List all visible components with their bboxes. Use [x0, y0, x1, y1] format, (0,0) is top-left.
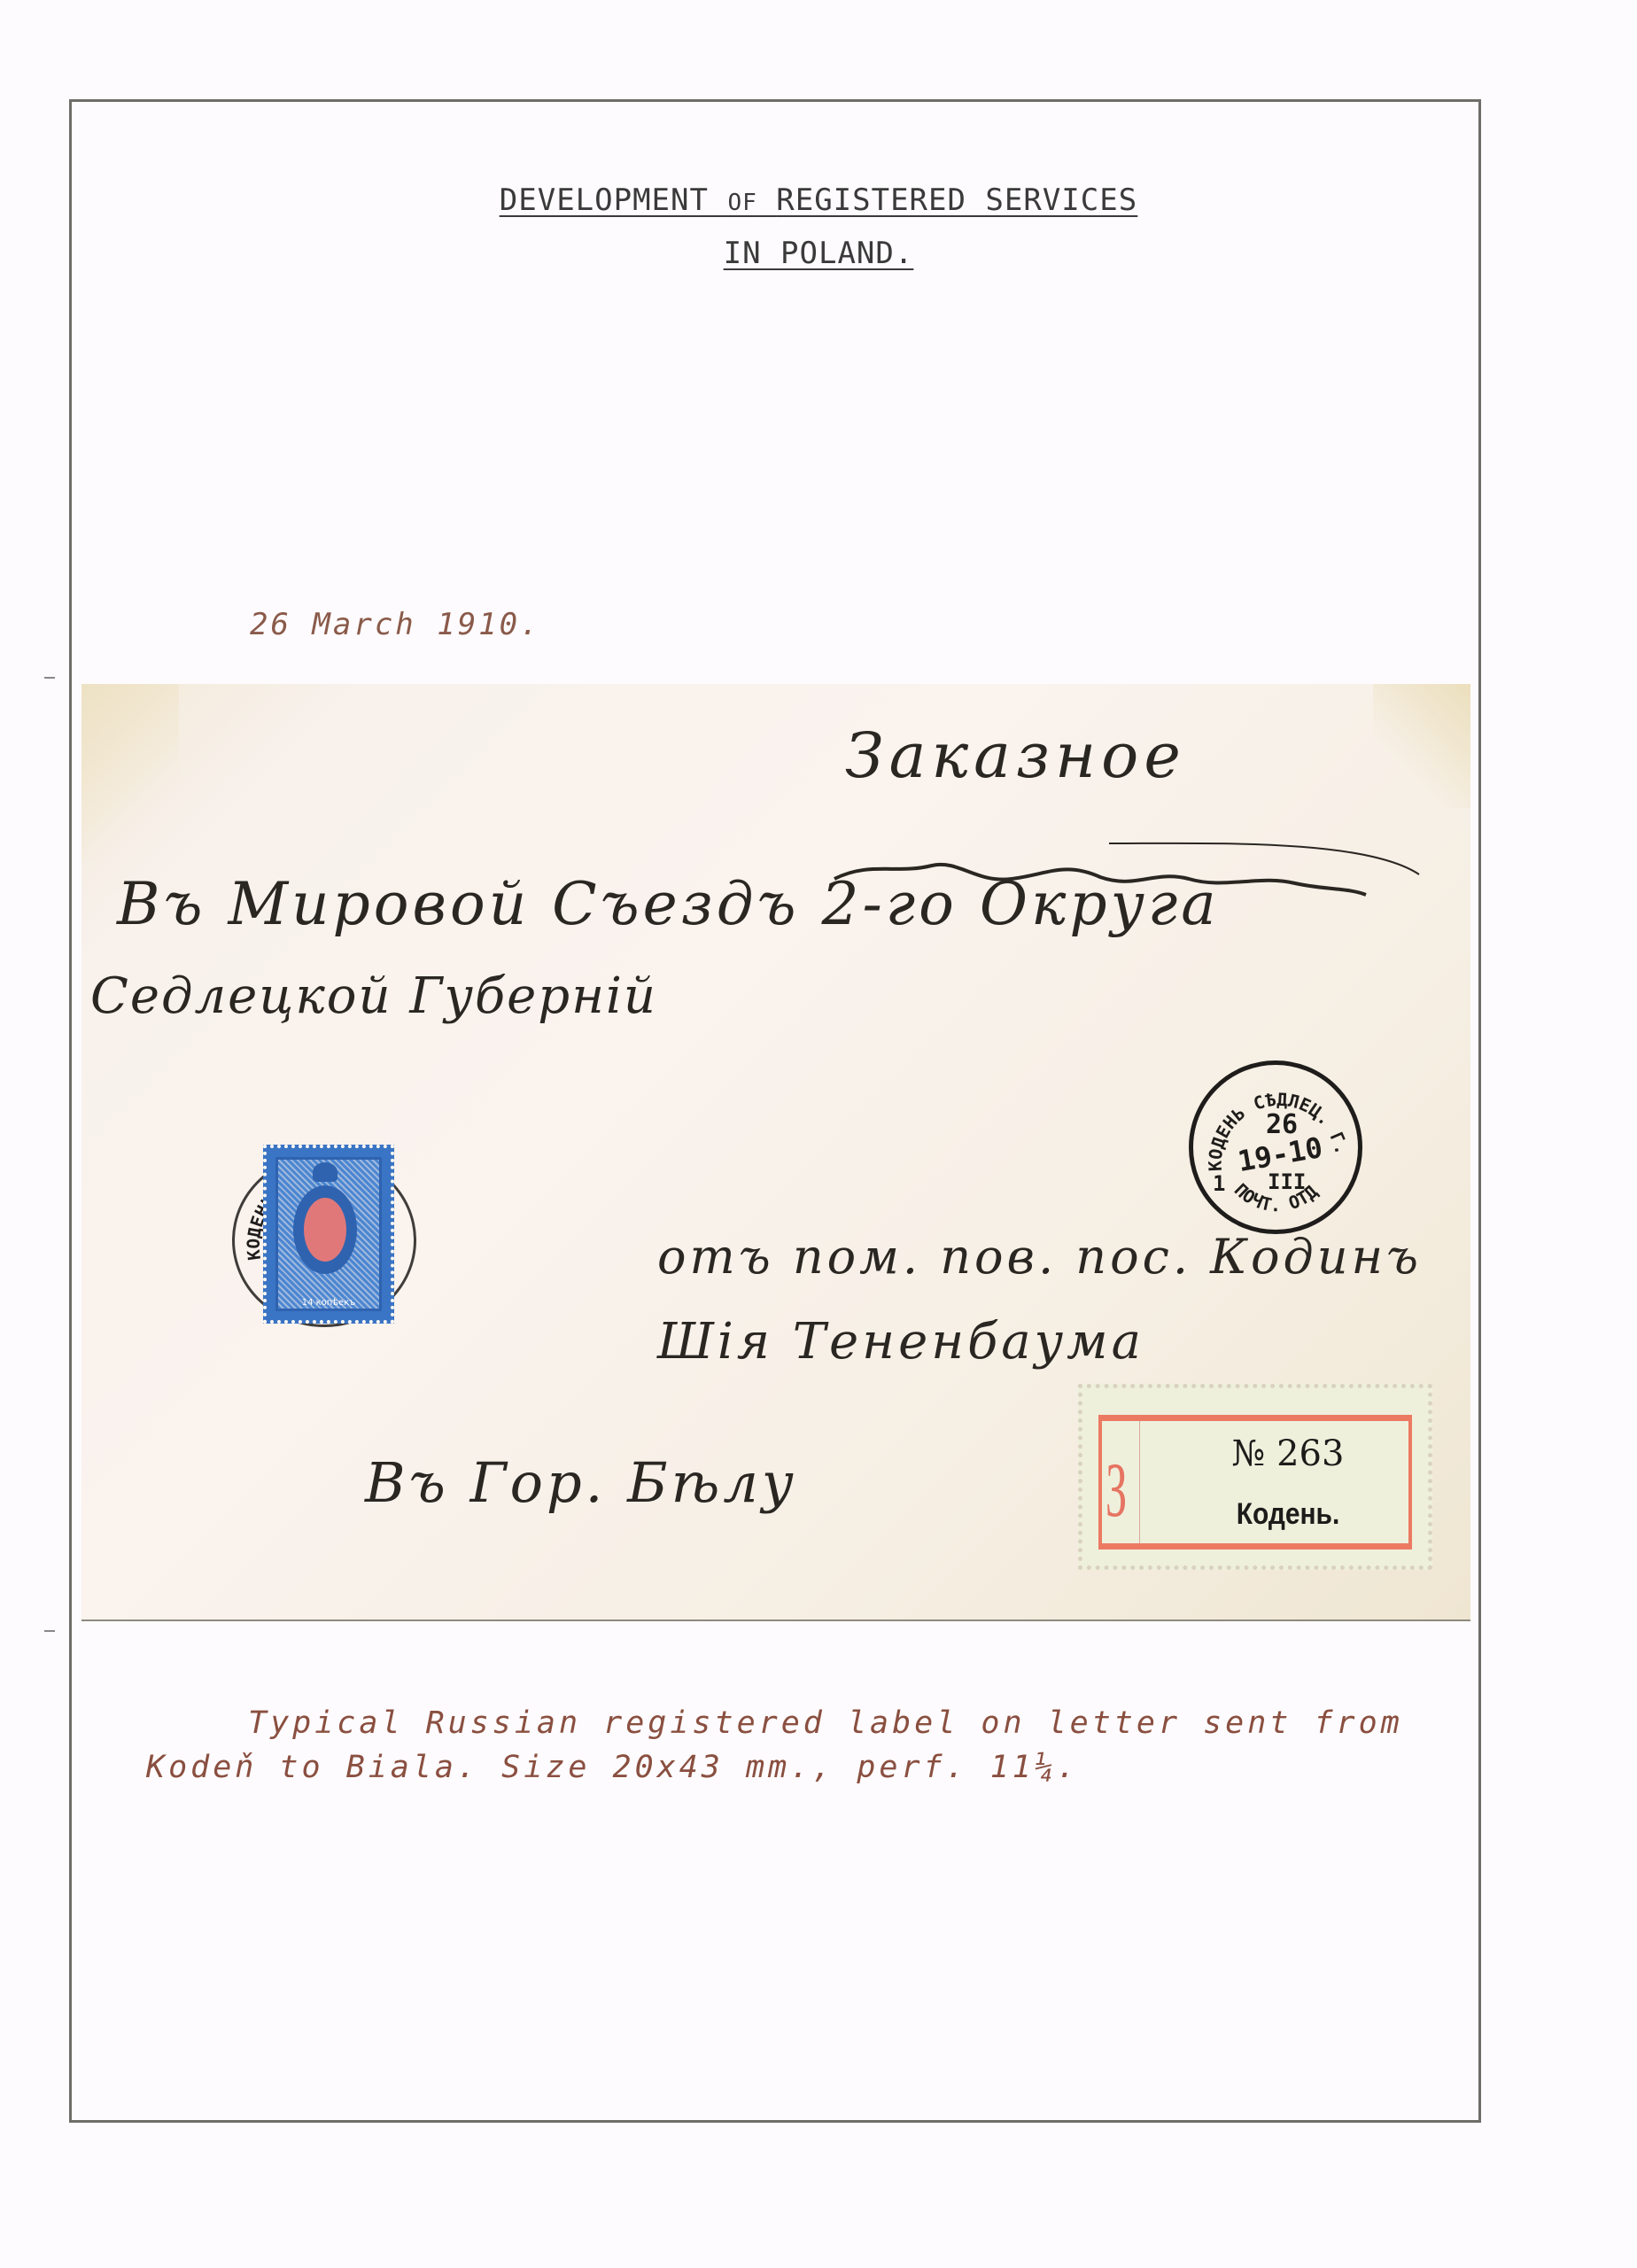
stamp-eagle-icon	[304, 1198, 346, 1262]
envelope-toning-corner	[81, 684, 179, 861]
handwritten-registered-marking: Заказное	[845, 719, 1186, 792]
handwritten-destination: Въ Гор. Бѣлу	[365, 1450, 797, 1515]
caption-line1: Typical Russian registered label on lett…	[248, 1705, 1403, 1741]
registration-label-frame: З № 263 Кодень.	[1098, 1415, 1412, 1550]
registration-letter: З	[1106, 1446, 1127, 1535]
title-word-development: DEVELOPMENT	[500, 183, 709, 218]
handwritten-address-line2: Седлецкой Губерній	[90, 967, 657, 1025]
envelope-toning-corner	[1373, 684, 1470, 808]
postage-stamp: 14 копѣекъ	[263, 1145, 394, 1324]
stamp-crown-icon	[313, 1162, 337, 1182]
registration-label: З № 263 Кодень.	[1078, 1384, 1432, 1570]
margin-tick-mark	[44, 677, 55, 679]
margin-tick-mark	[44, 1630, 55, 1632]
registration-office: Кодень.	[1187, 1497, 1390, 1532]
handwritten-address-line1: Въ Мировой Съездъ 2-го Округа	[117, 870, 1220, 938]
postmark-month: III	[1268, 1169, 1306, 1194]
handwritten-sender-line2: Шія Тененбаума	[657, 1313, 1144, 1371]
page-title-line2: IN POLAND.	[0, 236, 1637, 271]
title-words-registered-services: REGISTERED SERVICES	[776, 183, 1137, 218]
title-word-of: OF	[727, 190, 756, 216]
handwritten-sender-line1: отъ пом. пов. пос. Кодинъ	[657, 1229, 1422, 1285]
registered-envelope: Заказное Въ Мировой Съездъ 2-го Округа С…	[81, 684, 1470, 1619]
date-caption: 26 March 1910.	[250, 607, 541, 642]
caption-line2: Kodeň to Biala. Size 20x43 mm., perf. 11…	[146, 1750, 1079, 1785]
postmark-right: КОДЕНЬ СѢДЛЕЦ. Г. ПОЧТ. ОТД. 1 26 19-10 …	[1189, 1060, 1362, 1234]
stamp-denomination: 14 копѣекъ	[267, 1298, 391, 1308]
registration-number: № 263	[1173, 1433, 1403, 1474]
postmark-office-number: 1	[1213, 1171, 1225, 1196]
registration-label-divider	[1139, 1421, 1140, 1543]
title-in-poland: IN POLAND.	[724, 236, 914, 271]
page-title-line1: DEVELOPMENT OF REGISTERED SERVICES	[0, 183, 1637, 218]
